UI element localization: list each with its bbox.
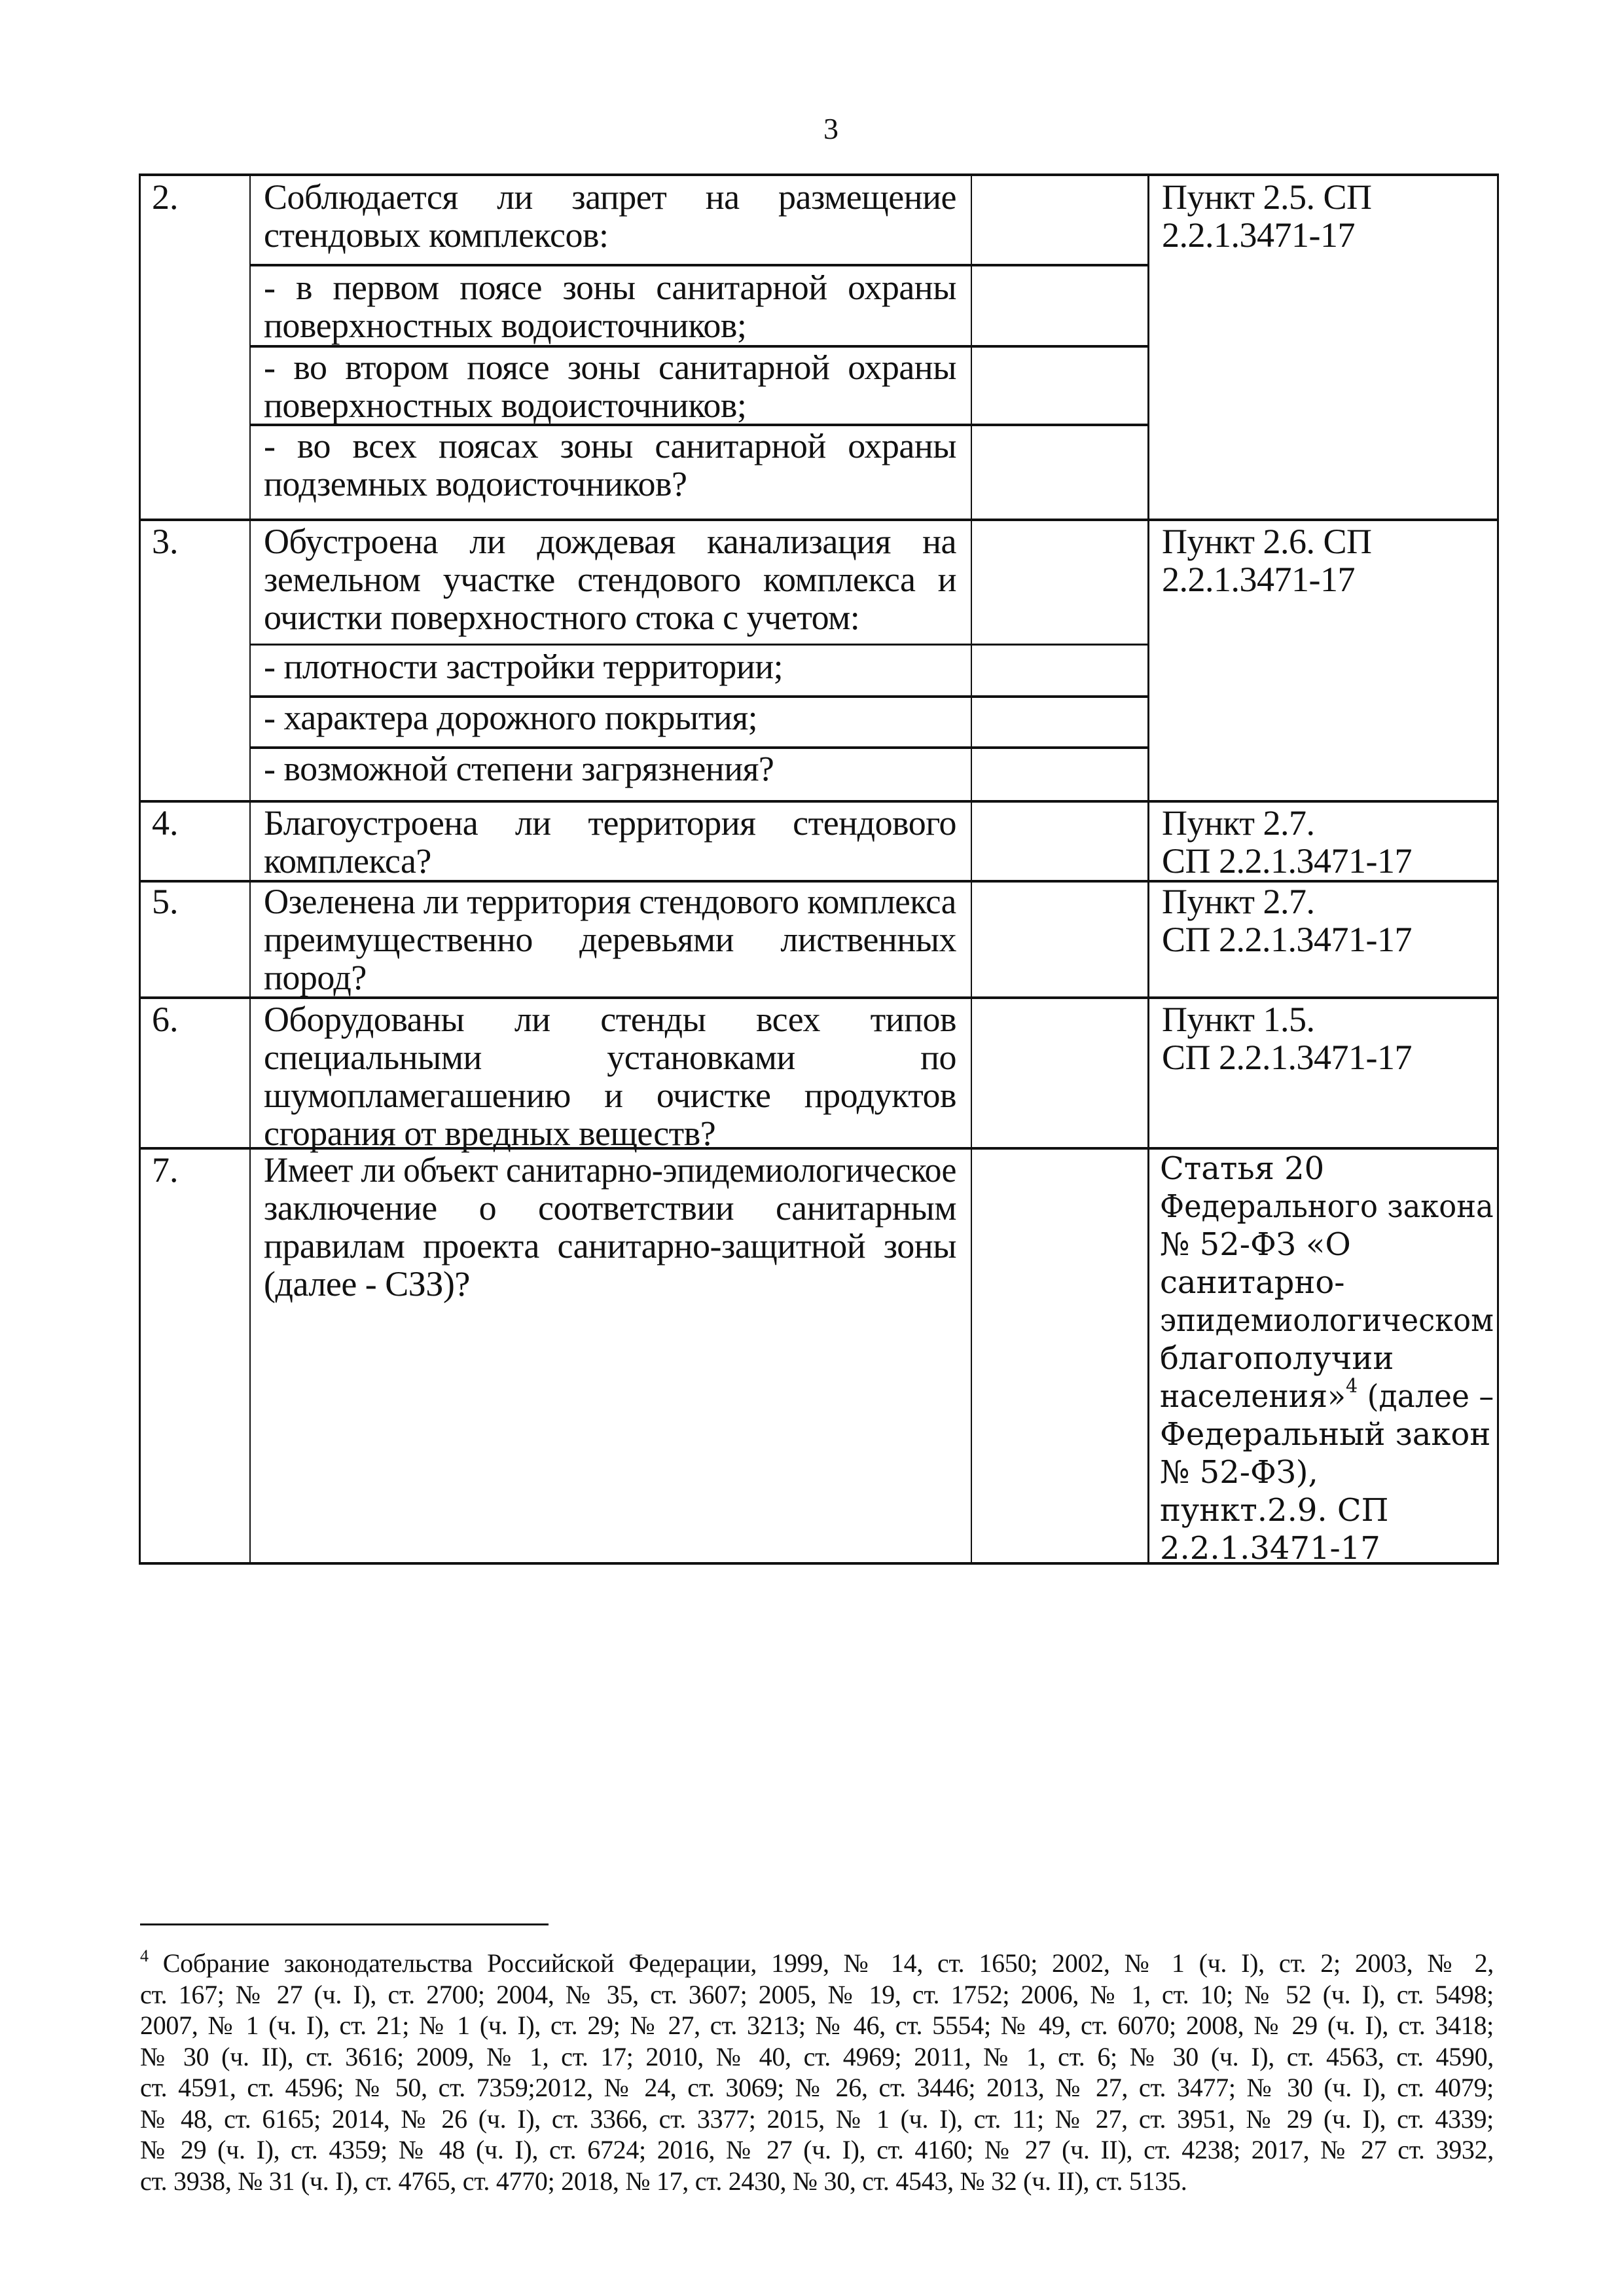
- text-line: поверхностных водоисточников;: [264, 386, 956, 424]
- text-line: Озеленена ли территория стендового компл…: [264, 883, 956, 920]
- text-line: № 29 (ч. I), ст. 4359; № 48 (ч. I), ст. …: [140, 2134, 1494, 2166]
- text-line: сгорания от вредных веществ?: [264, 1114, 956, 1152]
- question-text: Обустроена ли дождевая канализация на зе…: [264, 522, 956, 636]
- answer-cell[interactable]: [972, 176, 1147, 264]
- text-line: 2.2.1.3471-17: [1162, 216, 1489, 254]
- text-line: подземных водоисточников?: [264, 465, 956, 503]
- legal-reference: Пункт 1.5. СП 2.2.1.3471-17: [1162, 1000, 1489, 1076]
- text-line: Пункт 2.5. СП: [1162, 178, 1489, 216]
- text-line: Федеральный закон: [1160, 1415, 1494, 1453]
- row-number: 4.: [152, 804, 179, 842]
- answer-cell[interactable]: [972, 698, 1147, 746]
- question-subitem: - во втором поясе зоны санитарной охраны…: [264, 348, 956, 424]
- answer-cell[interactable]: [972, 266, 1147, 345]
- question-subitem: - характера дорожного покрытия;: [264, 699, 956, 737]
- text-line: стендовых комплексов:: [264, 216, 956, 254]
- text-line: населения»4 (далее –: [1160, 1377, 1494, 1415]
- answer-cell[interactable]: [972, 883, 1147, 996]
- text-line: 2.2.1.3471-17: [1162, 560, 1489, 598]
- answer-cell[interactable]: [972, 749, 1147, 800]
- legal-reference: Пункт 2.5. СП 2.2.1.3471-17: [1162, 178, 1489, 254]
- question-text: Соблюдается ли запрет на размещение стен…: [264, 178, 956, 254]
- text-line: ст. 167; № 27 (ч. I), ст. 2700; 2004, № …: [140, 1979, 1494, 2011]
- text-line: - во втором поясе зоны санитарной охраны: [264, 348, 956, 386]
- text-line: Имеет ли объект санитарно-эпидемиологиче…: [264, 1151, 956, 1189]
- text-line: Оборудованы ли стенды всех типов: [264, 1000, 956, 1038]
- text-line: эпидемиологическом: [1160, 1302, 1494, 1339]
- row-number: 2.: [152, 178, 179, 216]
- text-line: земельном участке стендового комплекса и: [264, 560, 956, 598]
- row-number: 3.: [152, 522, 179, 560]
- row-number: 5.: [152, 883, 179, 920]
- text-line: 2007, № 1 (ч. I), ст. 21; № 1 (ч. I), ст…: [140, 2010, 1494, 2041]
- col-divider-3: [1147, 173, 1149, 1564]
- text-line: преимущественно деревьями лиственных: [264, 920, 956, 958]
- question-subitem: - возможной степени загрязнения?: [264, 750, 956, 788]
- text-line: № 48, ст. 6165; 2014, № 26 (ч. I), ст. 3…: [140, 2104, 1494, 2135]
- question-text: Озеленена ли территория стендового компл…: [264, 883, 956, 996]
- text-line: пункт.2.9. СП: [1160, 1491, 1494, 1529]
- footnote: 4 Собрание законодательства Российской Ф…: [140, 1948, 1494, 2196]
- text-line: поверхностных водоисточников;: [264, 306, 956, 344]
- text-line: - возможной степени загрязнения?: [264, 750, 956, 788]
- question-text: Имеет ли объект санитарно-эпидемиологиче…: [264, 1151, 956, 1303]
- text-line: 2.2.1.3471-17: [1160, 1529, 1494, 1567]
- footnote-separator: [140, 1923, 549, 1925]
- text-line: специальными установками по: [264, 1038, 956, 1076]
- table-border-right: [1497, 173, 1499, 1564]
- row-number: 6.: [152, 1000, 179, 1038]
- row-number: 7.: [152, 1151, 179, 1189]
- text-line: Благоустроена ли территория стендового: [264, 804, 956, 842]
- legal-reference: Пункт 2.6. СП 2.2.1.3471-17: [1162, 522, 1489, 598]
- text-line: Пункт 1.5.: [1162, 1000, 1489, 1038]
- text-line: СП 2.2.1.3471-17: [1162, 920, 1489, 958]
- text-line: 4 Собрание законодательства Российской Ф…: [140, 1948, 1494, 1979]
- footnote-reference[interactable]: 4: [1346, 1375, 1358, 1398]
- legal-reference: Пункт 2.7. СП 2.2.1.3471-17: [1162, 804, 1489, 880]
- text-line: Обустроена ли дождевая канализация на: [264, 522, 956, 560]
- row-divider-4: [139, 800, 1499, 803]
- text-line: - в первом поясе зоны санитарной охраны: [264, 268, 956, 306]
- question-subitem: - в первом поясе зоны санитарной охраны …: [264, 268, 956, 344]
- question-text: Оборудованы ли стенды всех типов специал…: [264, 1000, 956, 1152]
- text-line: Федерального закона: [1160, 1188, 1494, 1226]
- row-divider-3: [139, 519, 1499, 521]
- text-line: - плотности застройки территории;: [264, 647, 956, 685]
- text-line: очистки поверхностного стока с учетом:: [264, 598, 956, 636]
- question-subitem: - плотности застройки территории;: [264, 647, 956, 685]
- text-line: СП 2.2.1.3471-17: [1162, 842, 1489, 880]
- answer-cell[interactable]: [972, 1150, 1147, 1562]
- text-line: правилам проекта санитарно-защитной зоны: [264, 1227, 956, 1265]
- legal-reference: Статья 20 Федерального закона № 52-ФЗ «О…: [1160, 1150, 1494, 1567]
- text-line: Пункт 2.7.: [1162, 804, 1489, 842]
- table-border-left: [139, 173, 141, 1564]
- col-divider-1: [249, 173, 251, 1564]
- text-line: ст. 3938, № 31 (ч. I), ст. 4765, ст. 477…: [140, 2166, 1494, 2197]
- text-line: (далее - СЗЗ)?: [264, 1265, 956, 1303]
- question-text: Благоустроена ли территория стендового к…: [264, 804, 956, 880]
- text-line: Соблюдается ли запрет на размещение: [264, 178, 956, 216]
- text-line: № 52-ФЗ),: [1160, 1453, 1494, 1491]
- text-line: № 30 (ч. II), ст. 3616; 2009, № 1, ст. 1…: [140, 2041, 1494, 2073]
- text-fragment: Собрание законодательства Российской Фед…: [163, 1948, 1494, 1978]
- text-line: - характера дорожного покрытия;: [264, 699, 956, 737]
- text-line: заключение о соответствии санитарным: [264, 1189, 956, 1227]
- footnote-marker: 4: [140, 1946, 149, 1965]
- answer-cell[interactable]: [972, 348, 1147, 424]
- text-line: СП 2.2.1.3471-17: [1162, 1038, 1489, 1076]
- text-line: Пункт 2.7.: [1162, 883, 1489, 920]
- text-fragment: (далее –: [1358, 1378, 1494, 1415]
- table-border-top: [139, 173, 1499, 176]
- text-line: № 52-ФЗ «О: [1160, 1226, 1494, 1264]
- answer-cell[interactable]: [972, 521, 1147, 644]
- text-line: - во всех поясах зоны санитарной охраны: [264, 427, 956, 465]
- page-number: 3: [823, 111, 838, 146]
- text-line: пород?: [264, 958, 956, 996]
- answer-cell[interactable]: [972, 426, 1147, 519]
- text-line: шумопламегашению и очистке продуктов: [264, 1076, 956, 1114]
- text-line: ст. 4591, ст. 4596; № 50, ст. 7359;2012,…: [140, 2072, 1494, 2104]
- text-line: Статья 20: [1160, 1150, 1494, 1188]
- answer-cell[interactable]: [972, 646, 1147, 695]
- text-line: санитарно-: [1160, 1264, 1494, 1302]
- text-fragment: населения»: [1160, 1378, 1346, 1415]
- text-line: комплекса?: [264, 842, 956, 880]
- text-line: благополучии: [1160, 1339, 1494, 1377]
- legal-reference: Пункт 2.7. СП 2.2.1.3471-17: [1162, 883, 1489, 958]
- question-subitem: - во всех поясах зоны санитарной охраны …: [264, 427, 956, 503]
- answer-cell[interactable]: [972, 803, 1147, 880]
- answer-cell[interactable]: [972, 999, 1147, 1147]
- text-line: Пункт 2.6. СП: [1162, 522, 1489, 560]
